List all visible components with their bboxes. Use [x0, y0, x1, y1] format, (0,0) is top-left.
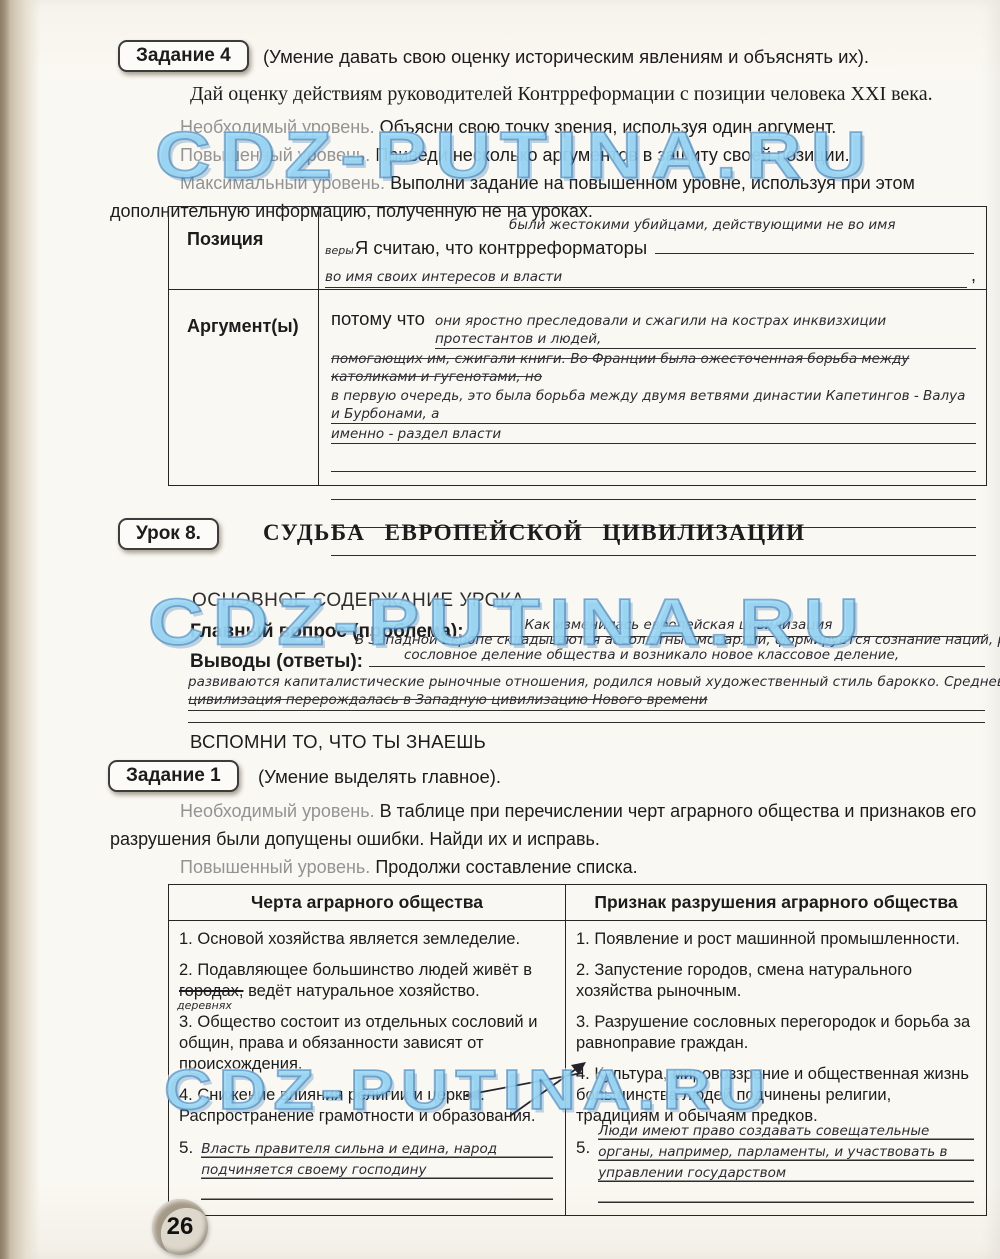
handwritten-answer: развиваются капиталистические рыночные о…: [188, 673, 987, 691]
table-column-right: 1. Появление и рост машинной промышленно…: [566, 921, 986, 1215]
table-header-right: Признак разрушения аграрного общества: [566, 885, 986, 921]
handwritten-answer: в первую очередь, это была борьба между …: [331, 387, 976, 424]
list-item: 1. Появление и рост машинной промышленно…: [576, 929, 974, 950]
task1-badge: Задание 1: [108, 760, 239, 792]
list-item-handwritten: 5. Люди имеют право создавать совещатель…: [576, 1137, 974, 1205]
level-text: Приведи несколько аргументов в защиту св…: [375, 145, 849, 165]
recall-heading: ВСПОМНИ ТО, ЧТО ТЫ ЗНАЕШЬ: [190, 731, 486, 753]
level-label: Повышенный уровень.: [180, 857, 370, 877]
handwritten-answer: Власть правителя сильна и едина, народ п…: [201, 1137, 553, 1202]
lesson8-badge: Урок 8.: [118, 518, 219, 550]
position-printed-line: веры Я считаю, что контрреформаторы: [325, 233, 974, 259]
corrected-word: городах,деревнях: [179, 982, 243, 1000]
handwritten-answer: были жестокими убийцами, действующими не…: [509, 216, 896, 234]
lesson8-badge-label: Урок 8.: [136, 523, 201, 544]
conclusion-row: Выводы (ответы): сословное деление общес…: [190, 642, 985, 673]
handwritten-correction: деревнях: [177, 995, 232, 1016]
section-heading: ОСНОВНОЕ СОДЕРЖАНИЕ УРОКА: [192, 590, 525, 612]
printed-comma: ,: [971, 265, 976, 286]
list-item: 3. Разрушение сословных перегородок и бо…: [576, 1012, 974, 1054]
row-header-argument: Аргумент(ы): [169, 289, 319, 485]
level-line: Необходимый уровень. В таблице при переч…: [110, 797, 988, 853]
empty-answer-line: [188, 712, 985, 723]
lesson-title: СУДЬБА ЕВРОПЕЙСКОЙ ЦИВИЛИЗАЦИИ: [263, 520, 805, 546]
handwritten-answer: Люди имеют право создавать совещательные…: [598, 1119, 974, 1205]
level-label: Необходимый уровень.: [180, 117, 375, 137]
page-number: 26: [167, 1213, 194, 1241]
page-number-badge: 26: [152, 1199, 208, 1255]
list-item: 2. Запустение городов, смена натуральног…: [576, 960, 974, 1002]
argument-printed-text: потому что: [331, 308, 425, 330]
level-text: Продолжи составление списка.: [375, 857, 637, 877]
level-text: Объясни свою точку зрения, используя оди…: [380, 117, 837, 137]
handwritten-answer: именно - раздел власти: [331, 425, 976, 444]
task4-answer-table: Позиция были жестокими убийцами, действу…: [168, 206, 987, 486]
task4-skill: (Умение давать свою оценку историческим …: [263, 46, 869, 68]
argument-cell: потому что они яростно преследовали и сж…: [319, 289, 986, 485]
handwritten-insert: веры: [325, 244, 354, 257]
argument-first-line: потому что они яростно преследовали и сж…: [331, 308, 976, 349]
task1-badge-label: Задание 1: [126, 765, 221, 786]
item-text: Разрушение сословных перегородок и борьб…: [576, 1013, 970, 1052]
scan-edge-dark: [0, 0, 10, 1259]
item-number: 2.: [179, 961, 193, 979]
conclusion-label: Выводы (ответы):: [190, 651, 363, 673]
level-line: Повышенный уровень. Приведи несколько ар…: [110, 141, 988, 169]
level-line: Повышенный уровень. Продолжи составление…: [110, 853, 988, 881]
item-number: 1.: [179, 930, 193, 948]
task1-levels: Необходимый уровень. В таблице при переч…: [110, 797, 988, 881]
level-line: Необходимый уровень. Объясни свою точку …: [110, 113, 988, 141]
empty-answer-line: [331, 444, 976, 472]
item-number: 1.: [576, 930, 590, 948]
handwritten-answer: во имя своих интересов и власти: [325, 268, 967, 288]
task4-badge: Задание 4: [118, 40, 249, 72]
item-number: 4.: [179, 1086, 193, 1104]
level-label: Максимальный уровень.: [180, 173, 385, 193]
list-item: 2. Подавляющее большинство людей живёт в…: [179, 960, 553, 1002]
position-cell: были жестокими убийцами, действующими не…: [319, 207, 986, 289]
answer-line: [655, 233, 974, 254]
swap-arrows-annotation: [450, 1053, 595, 1128]
item-text: Подавляющее большинство людей живёт в: [197, 961, 532, 979]
agrarian-society-table: Черта аграрного общества Признак разруше…: [168, 884, 987, 1216]
item-text: Появление и рост машинной промышленности…: [594, 930, 960, 948]
empty-answer-line: [331, 472, 976, 500]
argument-content: потому что они яростно преследовали и сж…: [331, 308, 976, 556]
workbook-page: Задание 4 (Умение давать свою оценку ист…: [0, 0, 1000, 1259]
list-item-handwritten: 5. Власть правителя сильна и едина, наро…: [179, 1137, 553, 1202]
list-item: 4. Культура, мировоззрение и общественна…: [576, 1064, 974, 1127]
task4-badge-label: Задание 4: [136, 45, 231, 66]
position-answer-line2: во имя своих интересов и власти ,: [325, 265, 976, 288]
item-text: Запустение городов, смена натурального х…: [576, 961, 912, 1000]
level-label: Повышенный уровень.: [180, 145, 370, 165]
item-number: 5.: [179, 1137, 193, 1202]
row-header-position: Позиция: [169, 207, 319, 289]
item-text: ведёт натуральное хозяйство.: [248, 982, 480, 1000]
task4-intro: Дай оценку действиям руководителей Контр…: [190, 83, 933, 106]
handwritten-answer: они яростно преследовали и сжагили на ко…: [435, 312, 976, 349]
handwritten-answer: помогающих им, сжигали книги. Во Франции…: [331, 350, 976, 386]
item-text: Культура, мировоззрение и общественная ж…: [576, 1065, 969, 1125]
conclusion-answer-line: сословное деление общества и возникало н…: [369, 642, 985, 667]
item-number: 5.: [576, 1137, 590, 1205]
handwritten-answer: сословное деление общества и возникало н…: [404, 646, 899, 664]
level-label: Необходимый уровень.: [180, 801, 375, 821]
item-text: Основой хозяйства является земледелие.: [197, 930, 520, 948]
position-printed-text: Я считаю, что контрреформаторы: [355, 237, 647, 259]
table-header-left: Черта аграрного общества: [169, 885, 566, 921]
item-number: 3.: [576, 1013, 590, 1031]
list-item: 1. Основой хозяйства является земледелие…: [179, 929, 553, 950]
handwritten-answer: цивилизация перерождалась в Западную цив…: [188, 691, 985, 711]
task1-skill: (Умение выделять главное).: [258, 766, 501, 788]
item-number: 2.: [576, 961, 590, 979]
